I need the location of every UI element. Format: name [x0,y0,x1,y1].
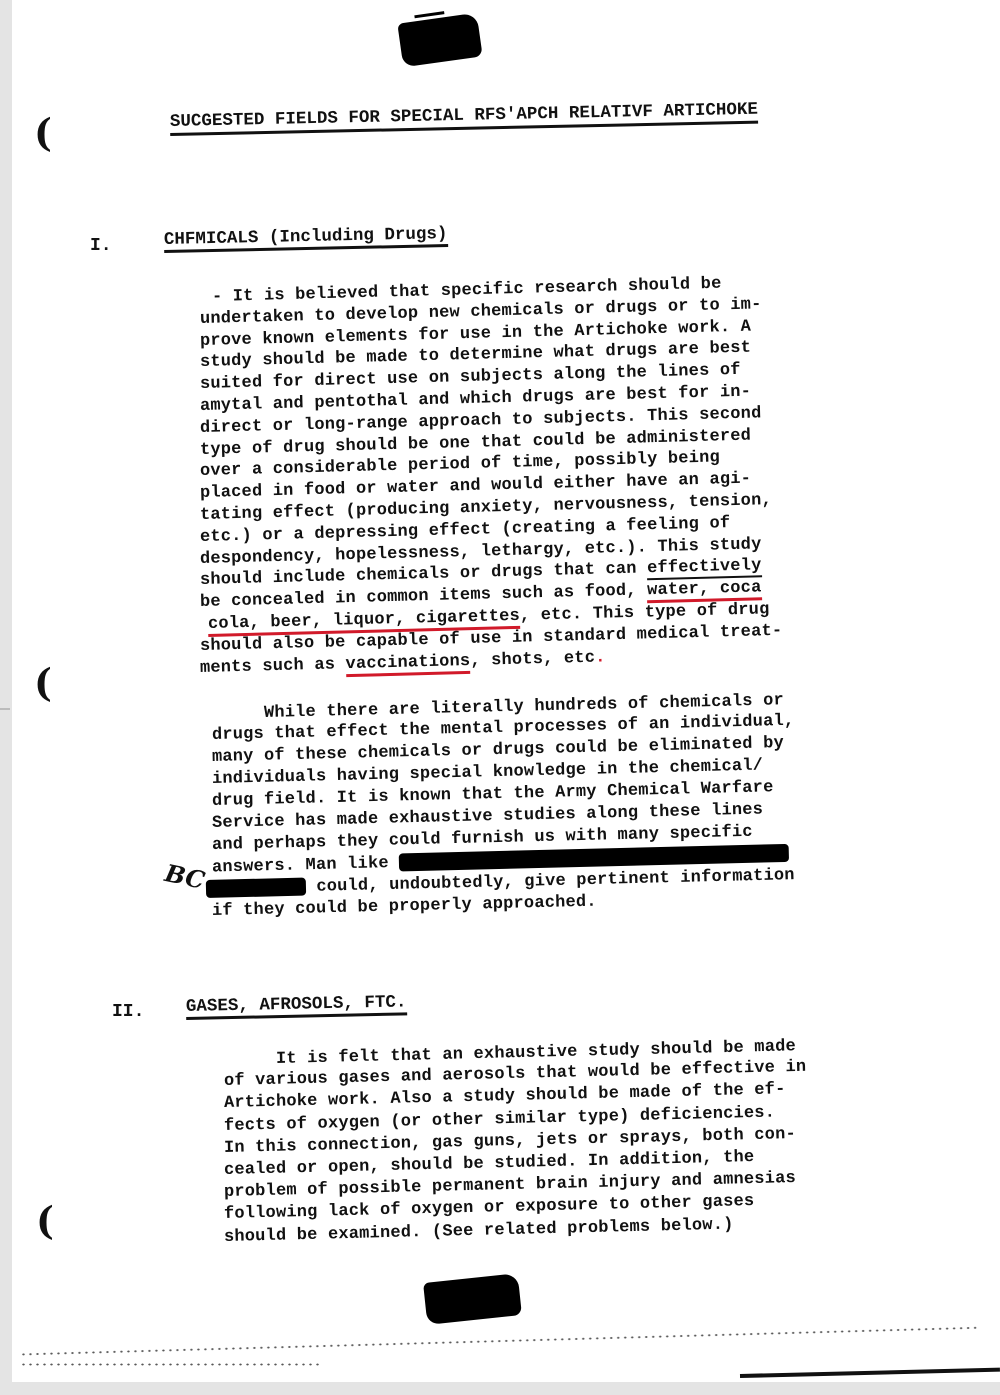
section-number: I. [90,236,112,256]
hole-punch-mark: ( [34,110,52,155]
hole-punch-mark: ( [34,660,52,705]
document-page [12,0,1000,1382]
section-heading: GASES, AFROSOLS, FTC. [186,992,407,1020]
highlighted-text: water, coca [647,578,762,603]
hole-punch-mark: ( [36,1198,54,1243]
viewer-left-margin [0,0,12,1395]
redaction-inline [206,878,306,898]
red-mark: . [595,648,606,667]
highlighted-text: vaccinations [345,652,470,677]
underlined-text: effectively [647,557,762,581]
section-number: II. [112,1002,144,1022]
scan-noise [20,1362,320,1368]
viewer-bottom-margin [0,1382,1000,1395]
